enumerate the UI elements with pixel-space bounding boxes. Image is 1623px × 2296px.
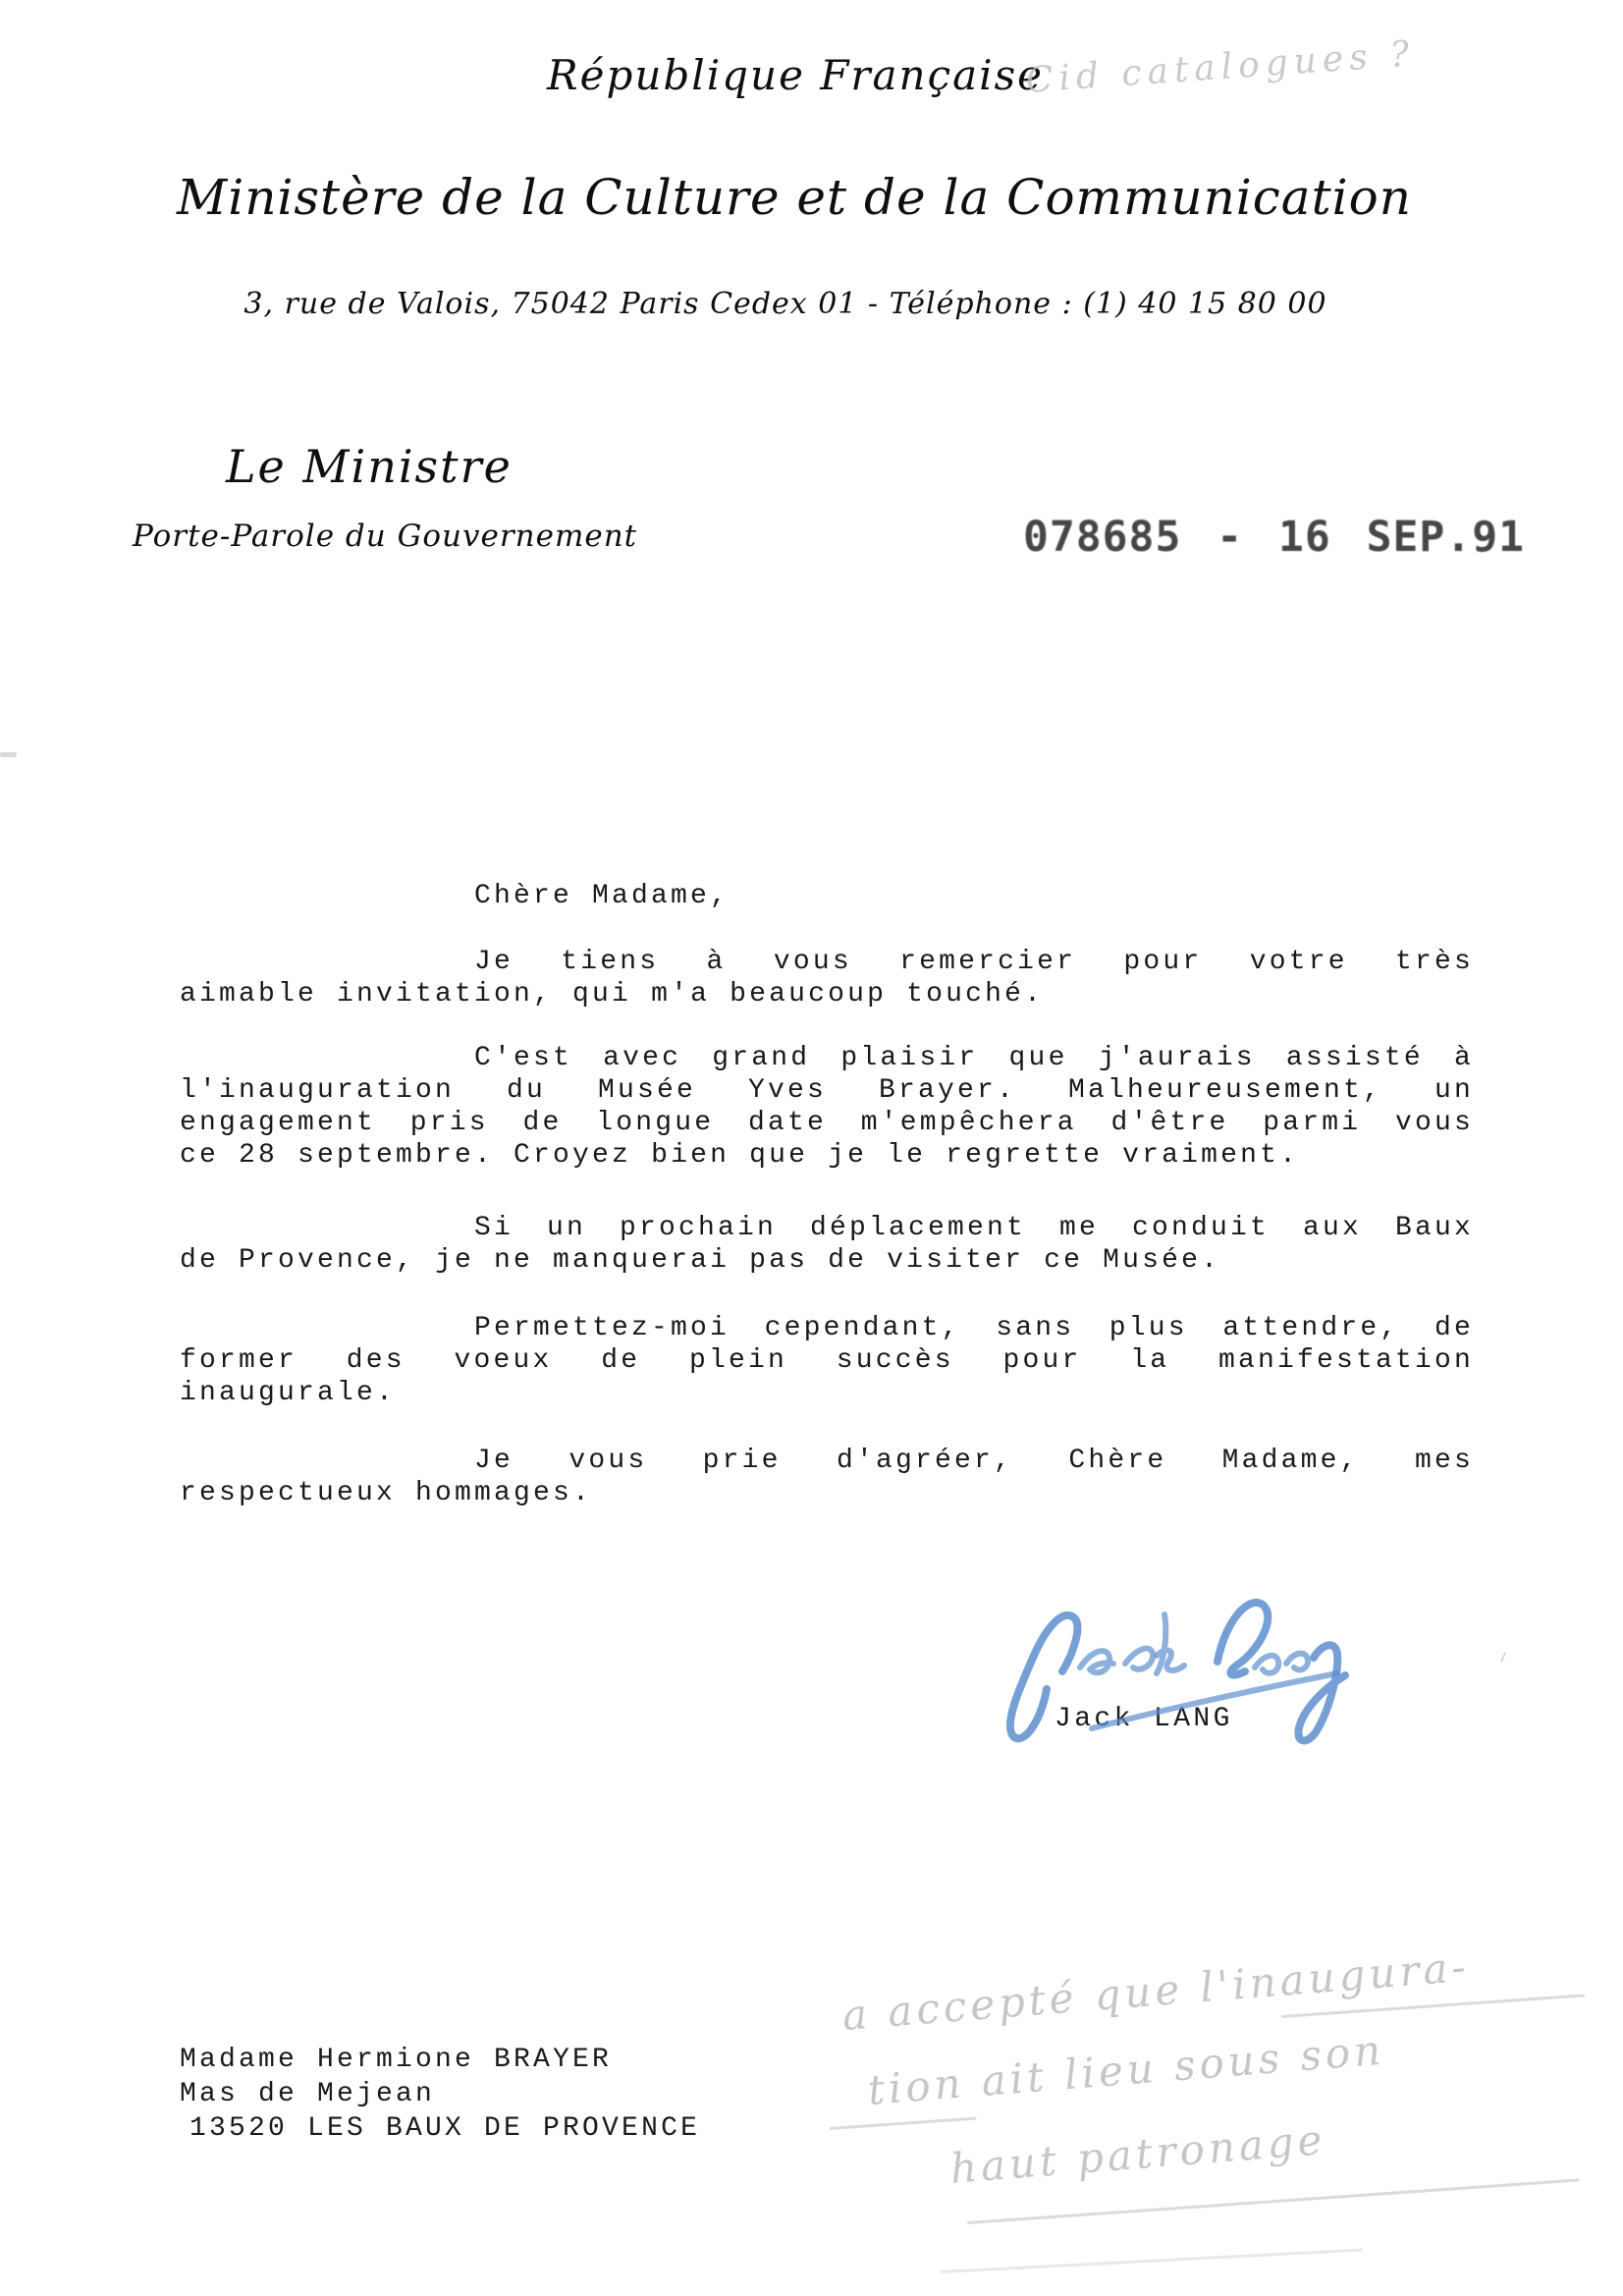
pencil-tick-mark: [1500, 1652, 1506, 1663]
paragraph: Je vous prie d'agréer, Chère Madame, mes…: [180, 1445, 1474, 1509]
scan-margin-mark: [0, 752, 17, 757]
registry-stamp: 078685 - 16 SEP.91: [1023, 513, 1525, 562]
letterhead-ministry: Ministère de la Culture et de la Communi…: [177, 169, 1394, 226]
letter-line: Chère Madame,: [180, 880, 1474, 912]
pencil-stroke: [830, 2117, 977, 2130]
handwritten-note-line: a accepté que l'inaugura-: [840, 1942, 1471, 2040]
letter-line: aimable invitation, qui m'a beaucoup tou…: [180, 978, 1474, 1011]
pencil-stroke: [967, 2178, 1580, 2224]
letter-line: respectueux hommages.: [180, 1477, 1474, 1509]
letterhead-address: 3, rue de Valois, 75042 Paris Cedex 01 -…: [177, 287, 1394, 321]
paragraph: C'est avec grand plaisir que j'aurais as…: [180, 1042, 1474, 1172]
recipient-block: Madame Hermione BRAYERMas de Mejean13520…: [180, 2043, 700, 2146]
letter-line: Permettez-moi cependant, sans plus atten…: [180, 1312, 1474, 1344]
handwritten-signature: [972, 1573, 1365, 1770]
paragraph: Je tiens à vous remercier pour votre trè…: [180, 946, 1474, 1011]
minister-title: Le Ministre: [226, 440, 513, 493]
handwritten-note-line: tion ait lieu sous son: [866, 2026, 1386, 2114]
recipient-line: Madame Hermione BRAYER: [180, 2043, 700, 2077]
letter-line: l'inauguration du Musée Yves Brayer. Mal…: [180, 1074, 1474, 1107]
salutation: Chère Madame,: [180, 880, 1474, 912]
pencil-stroke: [941, 2248, 1363, 2273]
handwritten-note-top: Cid catalogues ?: [1025, 33, 1417, 101]
minister-subtitle: Porte-Parole du Gouvernement: [133, 519, 637, 554]
letter-line: ce 28 septembre. Croyez bien que je le r…: [180, 1139, 1474, 1172]
recipient-line: Mas de Mejean: [180, 2077, 700, 2111]
handwritten-note-line: haut patronage: [948, 2115, 1327, 2193]
scanned-letter-page: République Française Cid catalogues ? Mi…: [0, 0, 1623, 2296]
letter-line: former des voeux de plein succès pour la…: [180, 1344, 1474, 1377]
paragraph: Permettez-moi cependant, sans plus atten…: [180, 1312, 1474, 1409]
letter-line: Si un prochain déplacement me conduit au…: [180, 1212, 1474, 1244]
letter-line: inaugurale.: [180, 1377, 1474, 1409]
letter-line: de Provence, je ne manquerai pas de visi…: [180, 1244, 1474, 1277]
letter-line: Je tiens à vous remercier pour votre trè…: [180, 946, 1474, 978]
recipient-line: 13520 LES BAUX DE PROVENCE: [180, 2111, 700, 2146]
letter-line: engagement pris de longue date m'empêche…: [180, 1107, 1474, 1139]
paragraph: Si un prochain déplacement me conduit au…: [180, 1212, 1474, 1277]
letter-line: Je vous prie d'agréer, Chère Madame, mes: [180, 1445, 1474, 1477]
letter-line: C'est avec grand plaisir que j'aurais as…: [180, 1042, 1474, 1074]
